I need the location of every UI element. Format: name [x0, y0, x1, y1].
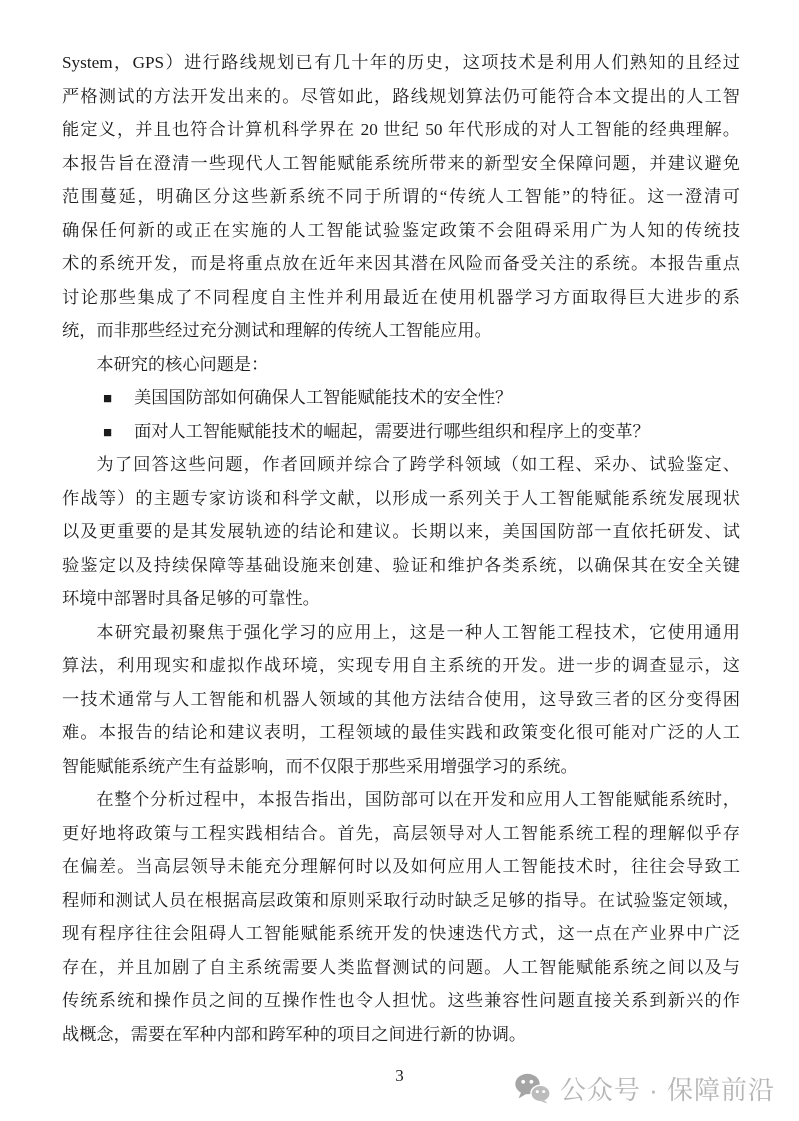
text-line: 术的系统开发，而是将重点放在近年来因其潜在风险而备受关注的系统。本报告重点 — [62, 247, 740, 281]
text-line: 在整个分析过程中，本报告指出，国防部可以在开发和应用人工智能赋能系统时， — [62, 783, 740, 817]
document-body: System，GPS）进行路线规划已有几十年的历史，这项技术是利用人们熟知的且经… — [62, 46, 740, 1051]
wechat-icon — [514, 1073, 551, 1104]
text-line: 在偏差。当高层领导未能充分理解何时以及如何应用人工智能技术时，往往会导致工 — [62, 850, 740, 884]
text-line: 以及更重要的是其发展轨迹的结论和建议。长期以来，美国国防部一直依托研发、试 — [62, 515, 740, 549]
text-line: 程师和测试人员在根据高层政策和原则采取行动时缺乏足够的指导。在试验鉴定领域， — [62, 884, 740, 918]
text-line: 验鉴定以及持续保障等基础设施来创建、验证和维护各类系统，以确保其在安全关键 — [62, 549, 740, 583]
watermark-text: 公众号 · 保障前沿 — [560, 1070, 775, 1107]
text-line: 传统系统和操作员之间的互操作性也令人担忧。这些兼容性问题直接关系到新兴的作 — [62, 984, 740, 1018]
text-line: 更好地将政策与工程实践相结合。首先，高层领导对人工智能系统工程的理解似乎存 — [62, 817, 740, 851]
section-lead-line: 本研究的核心问题是： — [62, 348, 740, 382]
text-line: 战概念，需要在军种内部和跨军种的项目之间进行新的协调。 — [62, 1018, 740, 1052]
text-line: 为了回答这些问题，作者回顾并综合了跨学科领域（如工程、采办、试验鉴定、 — [62, 448, 740, 482]
bullet-item: ■面对人工智能赋能技术的崛起，需要进行哪些组织和程序上的变革？ — [62, 415, 740, 449]
text-line: 确保任何新的或正在实施的人工智能试验鉴定政策不会阻碍采用广为人知的传统技 — [62, 214, 740, 248]
text-line: 难。本报告的结论和建议表明，工程领域的最佳实践和政策变化很可能对广泛的人工 — [62, 716, 740, 750]
bullet-item: ■美国国防部如何确保人工智能赋能技术的安全性？ — [62, 381, 740, 415]
text-line: 智能赋能系统产生有益影响，而不仅限于那些采用增强学习的系统。 — [62, 750, 740, 784]
text-line: 存在，并且加剧了自主系统需要人类监督测试的问题。人工智能赋能系统之间以及与 — [62, 951, 740, 985]
text-line: 讨论那些集成了不同程度自主性并利用最近在使用机器学习方面取得巨大进步的系 — [62, 281, 740, 315]
text-line: 环境中部署时具备足够的可靠性。 — [62, 582, 740, 616]
text-line: 一技术通常与人工智能和机器人领域的其他方法结合使用，这导致三者的区分变得困 — [62, 683, 740, 717]
text-line: 范围蔓延，明确区分这些新系统不同于所谓的“传统人工智能”的特征。这一澄清可 — [62, 180, 740, 214]
bullet-text: 美国国防部如何确保人工智能赋能技术的安全性？ — [134, 388, 512, 407]
text-line: 能定义，并且也符合计算机科学界在 20 世纪 50 年代形成的对人工智能的经典理… — [62, 113, 740, 147]
bullet-square-icon: ■ — [103, 391, 112, 407]
bullet-text: 面对人工智能赋能技术的崛起，需要进行哪些组织和程序上的变革？ — [134, 422, 650, 441]
text-line: 本研究最初聚焦于强化学习的应用上，这是一种人工智能工程技术，它使用通用 — [62, 616, 740, 650]
bullet-square-icon: ■ — [103, 425, 112, 441]
text-line: 统，而非那些经过充分测试和理解的传统人工智能应用。 — [62, 314, 740, 348]
text-line: 现有程序往往会阻碍人工智能赋能系统开发的快速迭代方式，这一点在产业界中广泛 — [62, 917, 740, 951]
text-line: System，GPS）进行路线规划已有几十年的历史，这项技术是利用人们熟知的且经… — [62, 46, 740, 80]
text-line: 作战等）的主题专家访谈和科学文献，以形成一系列关于人工智能赋能系统发展现状 — [62, 482, 740, 516]
text-line: 算法，利用现实和虚拟作战环境，实现专用自主系统的开发。进一步的调查显示，这 — [62, 649, 740, 683]
text-line: 本报告旨在澄清一些现代人工智能赋能系统所带来的新型安全保障问题，并建议避免 — [62, 147, 740, 181]
text-line: 严格测试的方法开发出来的。尽管如此，路线规划算法仍可能符合本文提出的人工智 — [62, 80, 740, 114]
watermark: 公众号 · 保障前沿 — [514, 1070, 775, 1107]
